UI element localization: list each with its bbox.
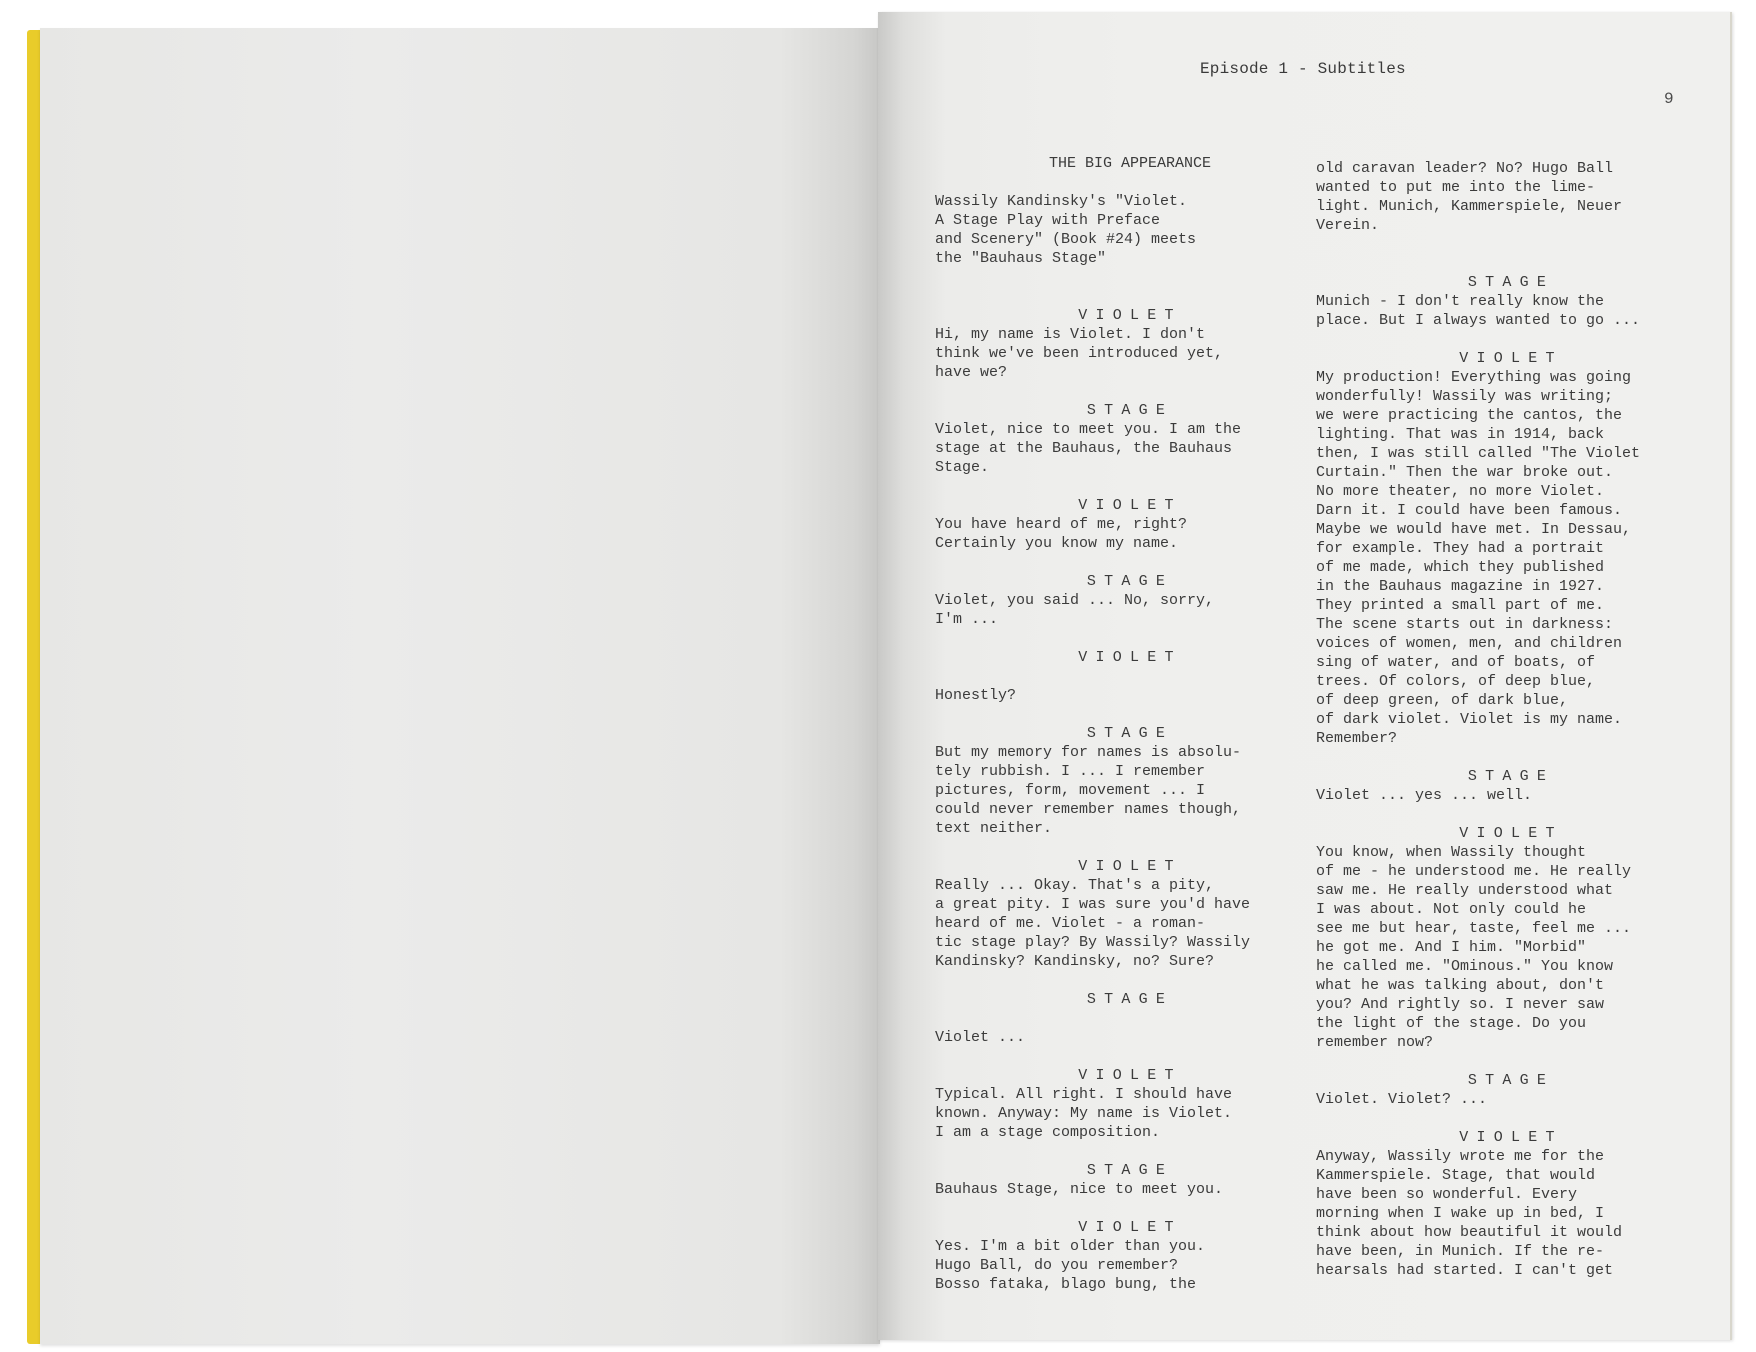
dialogue-line <box>935 667 1315 686</box>
continued-paragraph: old caravan leader? No? Hugo Ballwanted … <box>1316 159 1696 235</box>
dialogue-line: They printed a small part of me. <box>1316 596 1696 615</box>
speaker-name: STAGE <box>1316 767 1696 786</box>
dialogue-line: Hi, my name is Violet. I don't <box>935 325 1315 344</box>
dialogue-line: My production! Everything was going <box>1316 368 1696 387</box>
speaker-name: VIOLET <box>935 857 1315 876</box>
speaker-name: VIOLET <box>935 1218 1315 1237</box>
dialogue-line: in the Bauhaus magazine in 1927. <box>1316 577 1696 596</box>
dialogue-line: of dark violet. Violet is my name. <box>1316 710 1696 729</box>
dialogue-line: you? And rightly so. I never saw <box>1316 995 1696 1014</box>
dialogue-list: VIOLETHi, my name is Violet. I don'tthin… <box>935 306 1315 1294</box>
continued-line: light. Munich, Kammerspiele, Neuer <box>1316 197 1696 216</box>
dialogue-line: You have heard of me, right? <box>935 515 1315 534</box>
dialogue-block: VIOLETAnyway, Wassily wrote me for theKa… <box>1316 1128 1696 1280</box>
dialogue-line: Munich - I don't really know the <box>1316 292 1696 311</box>
dialogue-block: VIOLETHi, my name is Violet. I don'tthin… <box>935 306 1315 382</box>
dialogue-line: for example. They had a portrait <box>1316 539 1696 558</box>
dialogue-line: see me but hear, taste, feel me ... <box>1316 919 1696 938</box>
left-page <box>40 28 880 1344</box>
dialogue-line: could never remember names though, <box>935 800 1315 819</box>
section-title: THE BIG APPEARANCE <box>935 154 1315 173</box>
dialogue-line: hearsals had started. I can't get <box>1316 1261 1696 1280</box>
dialogue-line: Really ... Okay. That's a pity, <box>935 876 1315 895</box>
dialogue-block: VIOLETReally ... Okay. That's a pity,a g… <box>935 857 1315 971</box>
dialogue-line: what he was talking about, don't <box>1316 976 1696 995</box>
speaker-name: STAGE <box>935 724 1315 743</box>
dialogue-line: You know, when Wassily thought <box>1316 843 1696 862</box>
continued-line: old caravan leader? No? Hugo Ball <box>1316 159 1696 178</box>
running-header: Episode 1 - Subtitles <box>1200 60 1406 78</box>
dialogue-block: VIOLETTypical. All right. I should havek… <box>935 1066 1315 1142</box>
dialogue-block: VIOLET Honestly? <box>935 648 1315 705</box>
dialogue-line: I am a stage composition. <box>935 1123 1315 1142</box>
dialogue-line: place. But I always wanted to go ... <box>1316 311 1696 330</box>
page-number: 9 <box>1664 90 1674 108</box>
dialogue-line: he called me. "Ominous." You know <box>1316 957 1696 976</box>
text-column-right: old caravan leader? No? Hugo Ballwanted … <box>1316 159 1696 1299</box>
dialogue-block: STAGEViolet, you said ... No, sorry,I'm … <box>935 572 1315 629</box>
dialogue-line: But my memory for names is absolu- <box>935 743 1315 762</box>
dialogue-block: VIOLETMy production! Everything was goin… <box>1316 349 1696 748</box>
dialogue-line: stage at the Bauhaus, the Bauhaus <box>935 439 1315 458</box>
dialogue-line: known. Anyway: My name is Violet. <box>935 1104 1315 1123</box>
dialogue-line: of me made, which they published <box>1316 558 1696 577</box>
dialogue-line: I'm ... <box>935 610 1315 629</box>
speaker-name: VIOLET <box>935 648 1315 667</box>
speaker-name: STAGE <box>935 401 1315 420</box>
dialogue-line: Violet, you said ... No, sorry, <box>935 591 1315 610</box>
dialogue-block: VIOLETYes. I'm a bit older than you.Hugo… <box>935 1218 1315 1294</box>
dialogue-line: Certainly you know my name. <box>935 534 1315 553</box>
speaker-name: STAGE <box>935 990 1315 1009</box>
dialogue-line <box>935 1009 1315 1028</box>
dialogue-line: then, I was still called "The Violet <box>1316 444 1696 463</box>
dialogue-line: Darn it. I could have been famous. <box>1316 501 1696 520</box>
intro-paragraph: Wassily Kandinsky's "Violet.A Stage Play… <box>935 192 1315 268</box>
dialogue-line: wonderfully! Wassily was writing; <box>1316 387 1696 406</box>
dialogue-line: Anyway, Wassily wrote me for the <box>1316 1147 1696 1166</box>
dialogue-line: have been, in Munich. If the re- <box>1316 1242 1696 1261</box>
dialogue-line: Maybe we would have met. In Dessau, <box>1316 520 1696 539</box>
dialogue-line: saw me. He really understood what <box>1316 881 1696 900</box>
dialogue-line: of me - he understood me. He really <box>1316 862 1696 881</box>
dialogue-line: have we? <box>935 363 1315 382</box>
dialogue-line: The scene starts out in darkness: <box>1316 615 1696 634</box>
dialogue-line: Stage. <box>935 458 1315 477</box>
dialogue-line: have been so wonderful. Every <box>1316 1185 1696 1204</box>
speaker-name: VIOLET <box>1316 349 1696 368</box>
dialogue-line: Curtain." Then the war broke out. <box>1316 463 1696 482</box>
dialogue-block: VIOLETYou know, when Wassily thoughtof m… <box>1316 824 1696 1052</box>
speaker-name: VIOLET <box>1316 824 1696 843</box>
speaker-name: VIOLET <box>935 496 1315 515</box>
dialogue-line: sing of water, and of boats, of <box>1316 653 1696 672</box>
dialogue-line: Bosso fataka, blago bung, the <box>935 1275 1315 1294</box>
dialogue-block: STAGEViolet. Violet? ... <box>1316 1071 1696 1109</box>
dialogue-block: VIOLETYou have heard of me, right?Certai… <box>935 496 1315 553</box>
speaker-name: STAGE <box>1316 273 1696 292</box>
text-column-left: THE BIG APPEARANCE Wassily Kandinsky's "… <box>935 154 1315 1313</box>
dialogue-line: we were practicing the cantos, the <box>1316 406 1696 425</box>
speaker-name: STAGE <box>935 572 1315 591</box>
dialogue-list: STAGEMunich - I don't really know thepla… <box>1316 273 1696 1280</box>
dialogue-line: tely rubbish. I ... I remember <box>935 762 1315 781</box>
dialogue-line: morning when I wake up in bed, I <box>1316 1204 1696 1223</box>
dialogue-line: he got me. And I him. "Morbid" <box>1316 938 1696 957</box>
dialogue-line: a great pity. I was sure you'd have <box>935 895 1315 914</box>
dialogue-line: Honestly? <box>935 686 1315 705</box>
dialogue-line: Bauhaus Stage, nice to meet you. <box>935 1180 1315 1199</box>
dialogue-line: Remember? <box>1316 729 1696 748</box>
dialogue-line: of deep green, of dark blue, <box>1316 691 1696 710</box>
intro-line: the "Bauhaus Stage" <box>935 249 1315 268</box>
dialogue-line: think about how beautiful it would <box>1316 1223 1696 1242</box>
dialogue-line: heard of me. Violet - a roman- <box>935 914 1315 933</box>
dialogue-line: remember now? <box>1316 1033 1696 1052</box>
dialogue-line: Violet, nice to meet you. I am the <box>935 420 1315 439</box>
dialogue-block: STAGEViolet, nice to meet you. I am thes… <box>935 401 1315 477</box>
speaker-name: VIOLET <box>935 1066 1315 1085</box>
dialogue-line: pictures, form, movement ... I <box>935 781 1315 800</box>
dialogue-line: Kandinsky? Kandinsky, no? Sure? <box>935 952 1315 971</box>
dialogue-line: Violet ... <box>935 1028 1315 1047</box>
dialogue-block: STAGEBut my memory for names is absolu-t… <box>935 724 1315 838</box>
speaker-name: VIOLET <box>1316 1128 1696 1147</box>
continued-line: Verein. <box>1316 216 1696 235</box>
dialogue-block: STAGEBauhaus Stage, nice to meet you. <box>935 1161 1315 1199</box>
speaker-name: STAGE <box>935 1161 1315 1180</box>
dialogue-line: voices of women, men, and children <box>1316 634 1696 653</box>
dialogue-line: Violet. Violet? ... <box>1316 1090 1696 1109</box>
dialogue-line: Hugo Ball, do you remember? <box>935 1256 1315 1275</box>
dialogue-line: the light of the stage. Do you <box>1316 1014 1696 1033</box>
speaker-name: VIOLET <box>935 306 1315 325</box>
speaker-name: STAGE <box>1316 1071 1696 1090</box>
dialogue-line: think we've been introduced yet, <box>935 344 1315 363</box>
dialogue-block: STAGEViolet ... yes ... well. <box>1316 767 1696 805</box>
dialogue-line: Typical. All right. I should have <box>935 1085 1315 1104</box>
dialogue-line: tic stage play? By Wassily? Wassily <box>935 933 1315 952</box>
intro-line: A Stage Play with Preface <box>935 211 1315 230</box>
intro-line: and Scenery" (Book #24) meets <box>935 230 1315 249</box>
dialogue-line: trees. Of colors, of deep blue, <box>1316 672 1696 691</box>
dialogue-line: lighting. That was in 1914, back <box>1316 425 1696 444</box>
dialogue-block: STAGE Violet ... <box>935 990 1315 1047</box>
dialogue-line: Kammerspiele. Stage, that would <box>1316 1166 1696 1185</box>
dialogue-line: text neither. <box>935 819 1315 838</box>
dialogue-line: Yes. I'm a bit older than you. <box>935 1237 1315 1256</box>
continued-line: wanted to put me into the lime- <box>1316 178 1696 197</box>
dialogue-line: I was about. Not only could he <box>1316 900 1696 919</box>
dialogue-line: No more theater, no more Violet. <box>1316 482 1696 501</box>
dialogue-block: STAGEMunich - I don't really know thepla… <box>1316 273 1696 330</box>
intro-line: Wassily Kandinsky's "Violet. <box>935 192 1315 211</box>
dialogue-line: Violet ... yes ... well. <box>1316 786 1696 805</box>
